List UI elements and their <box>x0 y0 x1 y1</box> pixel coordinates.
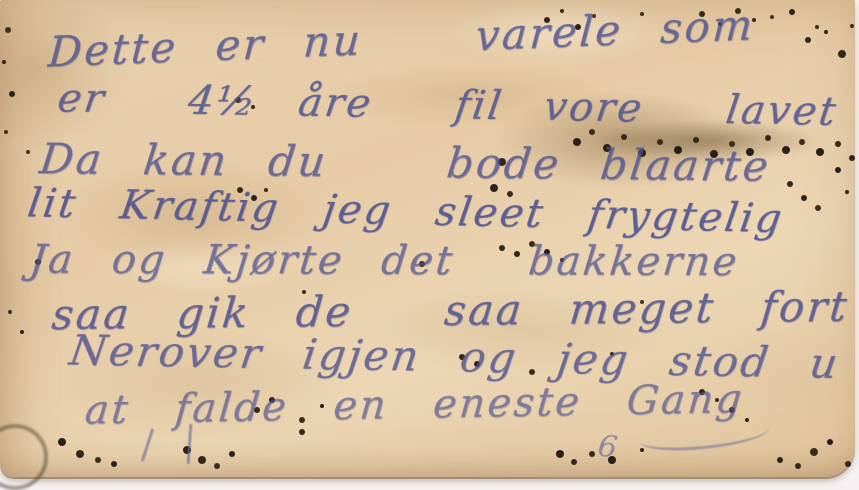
handwriting-line-2: er 4½ åre fil vore lavet <box>55 75 841 135</box>
stain-ring <box>0 424 48 490</box>
pen-stroke <box>141 428 154 461</box>
scanned-document-page: { "note": { "kind_label": "handwritten n… <box>0 0 859 490</box>
handwriting-line-1: Dette er nu varele som <box>47 0 757 76</box>
handwriting-mark-six: 6 <box>596 429 620 466</box>
note-card: Dette er nu varele som er 4½ åre fil vor… <box>0 0 855 477</box>
handwriting-line-5: Ja og Kjørte det bakkerne <box>28 237 742 285</box>
speckle-cluster-bottom <box>0 0 4 4</box>
